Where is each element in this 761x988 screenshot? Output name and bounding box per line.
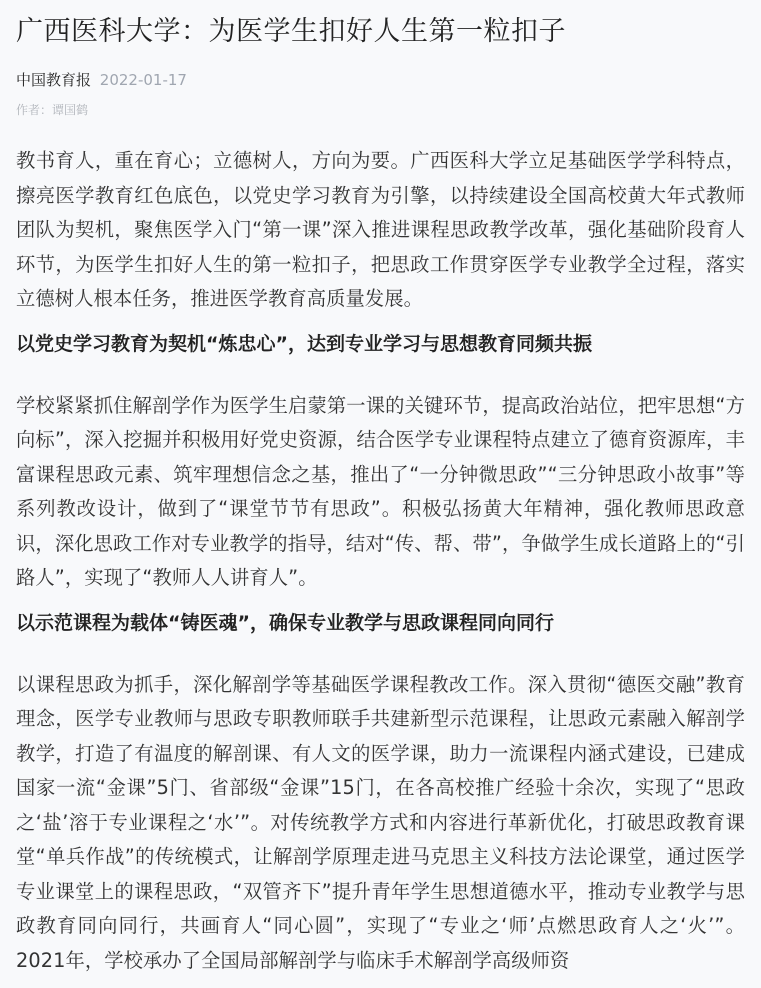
article-source[interactable]: 中国教育报 bbox=[16, 71, 91, 89]
article-meta: 中国教育报 2022-01-17 bbox=[16, 70, 745, 90]
article-date: 2022-01-17 bbox=[100, 71, 187, 89]
paragraph: 教书育人，重在育心；立德树人，方向为要。广西医科大学立足基础医学学科特点，擦亮医… bbox=[16, 144, 745, 317]
paragraph: 学校紧紧抓住解剖学作为医学生启蒙第一课的关键环节，提高政治站位，把牢思想“方向标… bbox=[16, 389, 745, 596]
author-label: 作者： bbox=[16, 103, 52, 117]
article: 广西医科大学：为医学生扣好人生第一粒扣子 中国教育报 2022-01-17 作者… bbox=[0, 0, 761, 978]
article-author: 作者：谭国鹤 bbox=[16, 102, 745, 118]
article-content: 教书育人，重在育心；立德树人，方向为要。广西医科大学立足基础医学学科特点，擦亮医… bbox=[16, 144, 745, 978]
section-heading: 以党史学习教育为契机“炼忠心”，达到专业学习与思想教育同频共振 bbox=[16, 329, 745, 359]
section-heading: 以示范课程为载体“铸医魂”，确保专业教学与思政课程同向同行 bbox=[16, 608, 745, 638]
author-name: 谭国鹤 bbox=[52, 103, 88, 117]
paragraph: 以课程思政为抓手，深化解剖学等基础医学课程教改工作。深入贯彻“德医交融”教育理念… bbox=[16, 668, 745, 979]
article-title: 广西医科大学：为医学生扣好人生第一粒扣子 bbox=[16, 0, 745, 52]
